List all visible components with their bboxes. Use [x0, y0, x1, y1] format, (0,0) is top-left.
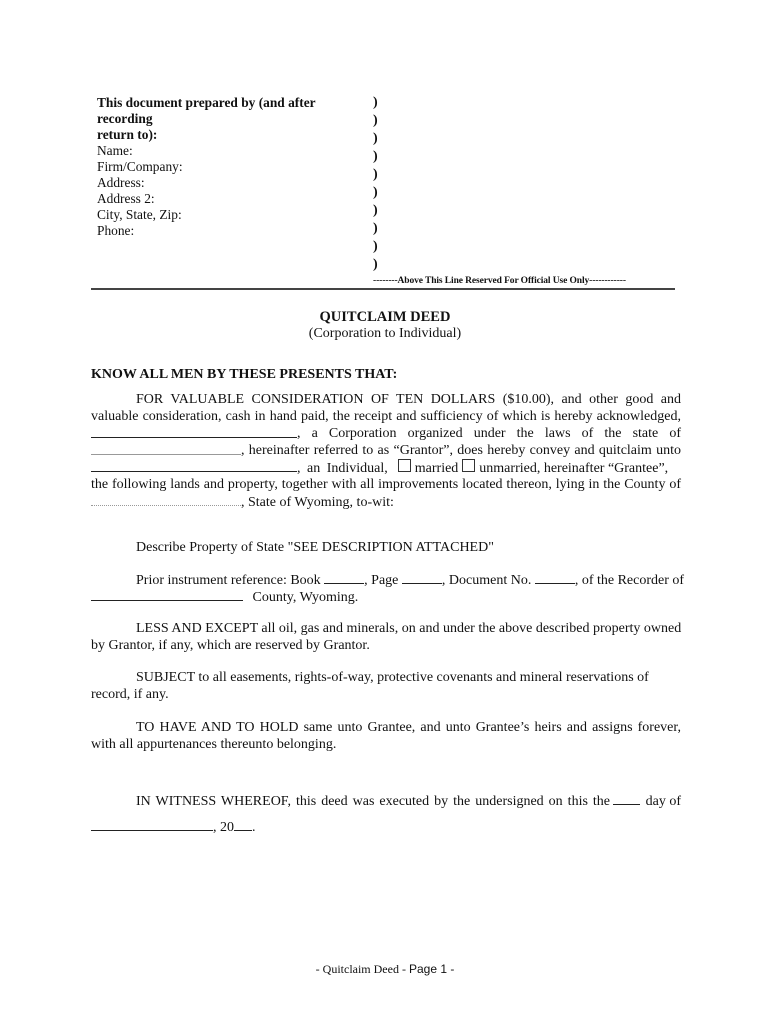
consideration-line-6: the following lands and property, togeth… [91, 476, 681, 493]
recorder-county-blank[interactable] [91, 588, 243, 601]
prepared-by-heading-2: return to): [97, 127, 367, 143]
paren: ) [373, 130, 385, 148]
document-no-blank[interactable] [535, 571, 575, 584]
field-city-state-zip-label: City, State, Zip: [97, 207, 367, 223]
unmarried-label: unmarried, hereinafter “Grantee”, [479, 460, 668, 477]
document-title: QUITCLAIM DEED [0, 309, 770, 326]
paren: ) [373, 184, 385, 202]
individual-text: , an Individual, [297, 460, 388, 477]
consideration-line-7: , State of Wyoming, to-wit: [91, 493, 681, 511]
county-blank[interactable] [91, 493, 241, 506]
paren: ) [373, 256, 385, 274]
footer-title: - Quitclaim Deed - [316, 962, 406, 976]
book-blank[interactable] [324, 571, 364, 584]
paren: ) [373, 94, 385, 112]
prepared-by-block: This document prepared by (and after rec… [97, 95, 367, 239]
unmarried-checkbox[interactable] [462, 459, 475, 472]
know-all-heading: KNOW ALL MEN BY THESE PRESENTS THAT: [91, 367, 397, 383]
official-use-divider [91, 288, 675, 290]
day-blank[interactable] [613, 792, 640, 805]
state-of-wyoming-text: , State of Wyoming, to-wit: [241, 495, 394, 510]
subject-to-line-1: SUBJECT to all easements, rights-of-way,… [91, 669, 726, 686]
subject-to-line-2: record, if any. [91, 686, 681, 703]
field-name-label: Name: [97, 143, 367, 159]
consideration-line-3: , a Corporation organized under the laws… [91, 425, 681, 442]
prepared-by-heading-1: This document prepared by (and after rec… [97, 95, 367, 127]
grantee-name-blank[interactable] [91, 459, 297, 472]
field-address2-label: Address 2: [97, 191, 367, 207]
less-except-line-2: by Grantor, if any, which are reserved b… [91, 637, 681, 654]
field-address-label: Address: [97, 175, 367, 191]
prior-instrument-line-1: Prior instrument reference: Book , Page … [91, 571, 726, 589]
page-label: , Page [364, 573, 398, 588]
paren: ) [373, 238, 385, 256]
paren: ) [373, 202, 385, 220]
witness-line-2: , 20. [91, 818, 681, 836]
paren: ) [373, 112, 385, 130]
describe-property: Describe Property of State "SEE DESCRIPT… [91, 539, 726, 556]
document-no-label: , Document No. [442, 573, 531, 588]
footer-page-number: Page 1 - [409, 962, 454, 976]
to-have-line-1: TO HAVE AND TO HOLD same unto Grantee, a… [91, 719, 681, 736]
grantor-text: , hereinafter referred to as “Grantor”, … [241, 442, 681, 459]
document-subtitle: (Corporation to Individual) [0, 326, 770, 342]
page-footer: - Quitclaim Deed - Page 1 - [0, 962, 770, 977]
county-wyoming-text: County, Wyoming. [253, 590, 359, 605]
field-firm-label: Firm/Company: [97, 159, 367, 175]
consideration-line-2: valuable consideration, cash in hand pai… [91, 408, 681, 425]
field-phone-label: Phone: [97, 223, 367, 239]
year-suffix: . [252, 820, 256, 835]
witness-line-1: IN WITNESS WHEREOF, this deed was execut… [91, 792, 681, 810]
witness-text: IN WITNESS WHEREOF, this deed was execut… [136, 793, 610, 810]
prior-instrument-prefix: Prior instrument reference: Book [136, 573, 321, 588]
page-blank[interactable] [402, 571, 442, 584]
married-checkbox[interactable] [398, 459, 411, 472]
reserved-notice: --------Above This Line Reserved For Off… [373, 276, 626, 286]
grantor-name-blank[interactable] [91, 425, 297, 438]
paren: ) [373, 148, 385, 166]
bracket-column: ) ) ) ) ) ) ) ) ) ) [373, 94, 385, 274]
month-blank[interactable] [91, 818, 213, 831]
state-blank[interactable] [91, 442, 241, 455]
day-of-text: day of [646, 793, 681, 810]
consideration-line-4: , hereinafter referred to as “Grantor”, … [91, 442, 681, 459]
year-prefix: , 20 [213, 820, 234, 835]
consideration-line-5: , an Individual, married unmarried, here… [91, 459, 681, 477]
to-have-line-2: with all appurtenances thereunto belongi… [91, 736, 681, 753]
recorder-text: , of the Recorder of [575, 573, 684, 588]
paren: ) [373, 166, 385, 184]
married-label: married [415, 460, 459, 477]
less-except-line-1: LESS AND EXCEPT all oil, gas and mineral… [91, 620, 681, 637]
year-blank[interactable] [234, 818, 252, 831]
corporation-text: , a Corporation organized under the laws… [297, 425, 681, 442]
prior-instrument-line-2: County, Wyoming. [91, 588, 681, 606]
consideration-line-1: FOR VALUABLE CONSIDERATION OF TEN DOLLAR… [91, 391, 681, 408]
paren: ) [373, 220, 385, 238]
